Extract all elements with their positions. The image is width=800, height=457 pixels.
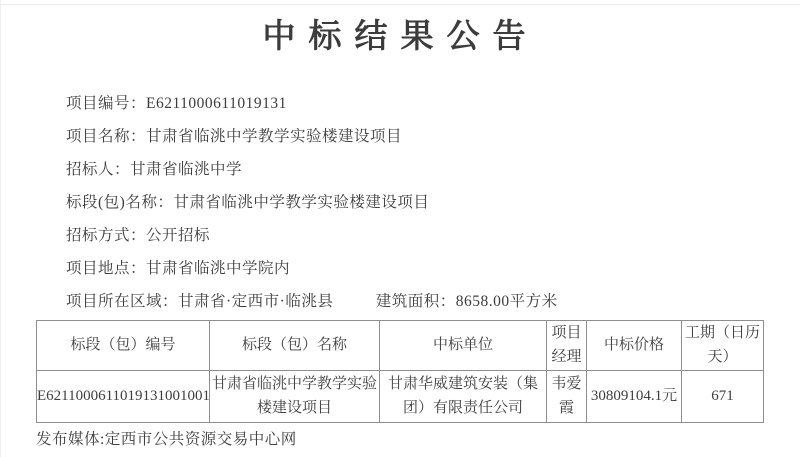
- field-value: 公开招标: [146, 227, 210, 244]
- field-label: 招标方式：: [66, 227, 146, 244]
- field-value: 甘肃省临洮中学院内: [146, 260, 290, 277]
- cell-duration: 671: [682, 370, 764, 422]
- publish-media-note: 发布媒体:定西市公共资源交易中心网: [36, 427, 297, 449]
- field-label: 项目所在区域：: [66, 293, 178, 310]
- cell-section-name: 甘肃省临洮中学教学实验楼建设项目: [210, 370, 380, 422]
- page-top-divider: [1, 4, 800, 5]
- field-label: 项目地点：: [66, 260, 146, 277]
- table-header-row: 标段（包）编号 标段（包）名称 中标单位 项目经理 中标价格 工期（日历天）: [37, 321, 764, 371]
- info-row-tenderer: 招标人：甘肃省临洮中学: [66, 153, 558, 186]
- announcement-page: 中标结果公告 项目编号：E6211000611019131 项目名称：甘肃省临洮…: [0, 0, 800, 457]
- header-duration: 工期（日历天）: [682, 321, 764, 371]
- cell-winning-unit: 甘肃华威建筑安装（集团）有限责任公司: [380, 370, 547, 422]
- info-row-project-location: 项目地点：甘肃省临洮中学院内: [66, 252, 558, 285]
- cell-section-code: E6211000611019131001001: [37, 370, 210, 422]
- field-label: 项目名称：: [66, 128, 146, 145]
- field-value: 8658.00平方米: [456, 293, 558, 310]
- field-value: 甘肃省临洮中学教学实验楼建设项目: [173, 194, 429, 211]
- field-value: 甘肃省临洮中学教学实验楼建设项目: [146, 128, 402, 145]
- field-label: 标段(包)名称：: [66, 194, 173, 211]
- header-section-code: 标段（包）编号: [37, 321, 210, 371]
- page-title: 中标结果公告: [1, 14, 800, 60]
- field-value: 甘肃省·定西市·临洮县: [178, 293, 333, 310]
- field-label: 项目编号：: [66, 95, 146, 112]
- header-section-name: 标段（包）名称: [210, 321, 380, 371]
- table-row: E6211000611019131001001 甘肃省临洮中学教学实验楼建设项目…: [37, 370, 764, 422]
- bid-results-table: 标段（包）编号 标段（包）名称 中标单位 项目经理 中标价格 工期（日历天） E…: [36, 320, 764, 423]
- info-row-project-name: 项目名称：甘肃省临洮中学教学实验楼建设项目: [66, 120, 558, 153]
- project-info: 项目编号：E6211000611019131 项目名称：甘肃省临洮中学教学实验楼…: [66, 87, 558, 318]
- info-row-region-and-area: 项目所在区域：甘肃省·定西市·临洮县 建筑面积：8658.00平方米: [66, 285, 558, 318]
- header-project-manager: 项目经理: [547, 321, 587, 371]
- header-winning-price: 中标价格: [587, 321, 682, 371]
- cell-winning-price: 30809104.1元: [587, 370, 682, 422]
- info-row-section-name: 标段(包)名称：甘肃省临洮中学教学实验楼建设项目: [66, 186, 558, 219]
- info-row-project-number: 项目编号：E6211000611019131: [66, 87, 558, 120]
- field-value: E6211000611019131: [146, 95, 287, 112]
- info-row-tender-method: 招标方式：公开招标: [66, 219, 558, 252]
- field-label: 建筑面积：: [376, 293, 456, 310]
- field-value: 甘肃省临洮中学: [130, 161, 242, 178]
- header-winning-unit: 中标单位: [380, 321, 547, 371]
- field-label: 招标人：: [66, 161, 130, 178]
- cell-project-manager: 韦爱霞: [547, 370, 587, 422]
